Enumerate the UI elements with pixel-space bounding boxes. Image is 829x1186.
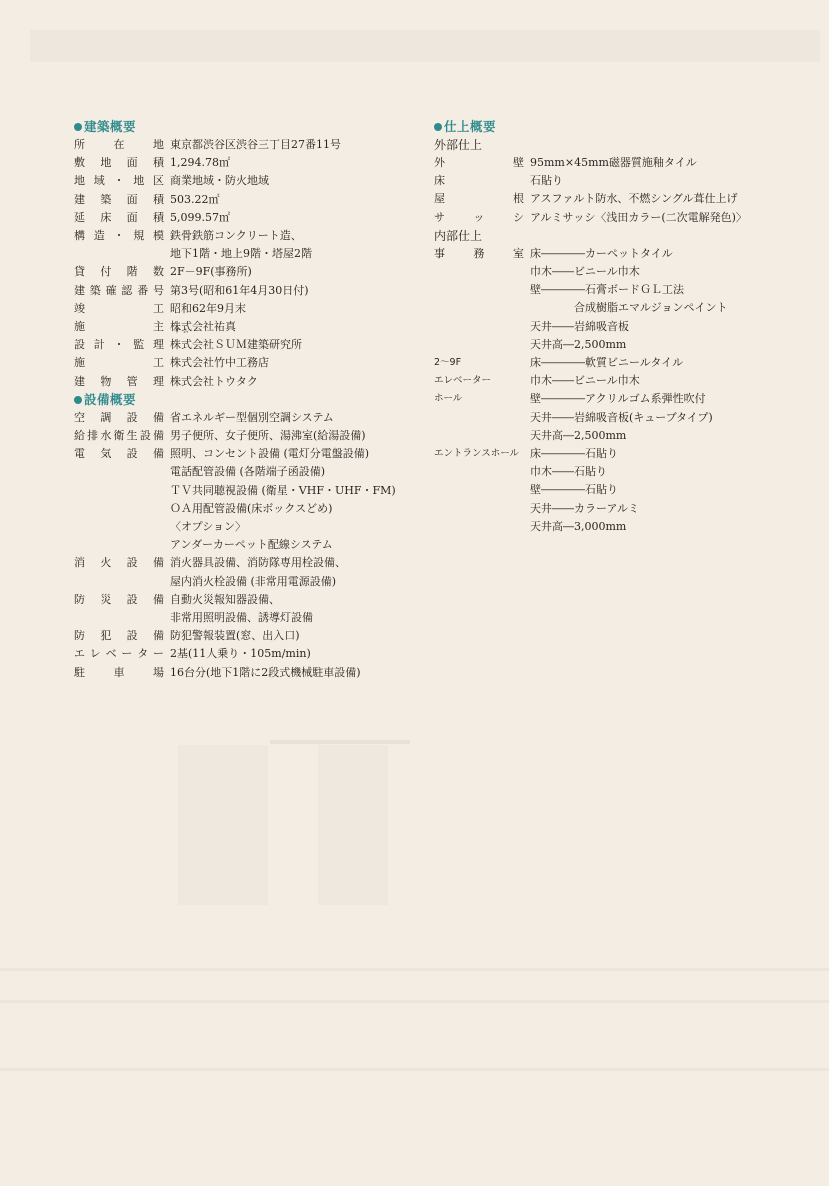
spec-row: ＯＡ用配管設備(床ボックスどめ) [74,500,414,518]
spec-row: 電気設備照明、コンセント設備 (電灯分電盤設備) [74,445,414,463]
spec-row: 所在地東京都渋谷区渋谷三丁目27番11号 [74,136,414,154]
finish-spec: 壁――――アクリルゴム系弾性吹付 [530,390,784,408]
spec-row: 給排水衛生設備男子便所、女子便所、湯沸室(給湯設備) [74,427,414,445]
finish-area-label: エレベーター [434,372,530,390]
spec-value: 〈オプション〉 [170,518,414,536]
spec-row: 駐車場16台分(地下1階に2段式機械駐車設備) [74,664,414,682]
finish-area-label-empty [434,336,530,354]
spec-label: 施工 [74,354,170,372]
spec-row: 外壁95mm×45mm磁器質施釉タイル [434,154,784,172]
spec-row: 建物管理株式会社トウタク [74,373,414,391]
spec-label: 消火設備 [74,554,170,572]
section-heading-equipment: 設備概要 [74,391,414,409]
spec-value: 地下1階・地上9階・塔屋2階 [170,245,414,263]
spec-value-text: 株式会社ＳＵＭ建築研究所 [170,338,302,351]
spec-value: 自動火災報知器設備、 [170,591,414,609]
spec-label: 所在地 [74,136,170,154]
ruby-annotation: サム [174,329,192,335]
finish-spec: 天井高―3,000mm [530,518,784,536]
spec-value: 非常用照明設備、誘導灯設備 [170,609,414,627]
ruby-container: サム株式会社ＳＵＭ建築研究所 [170,336,302,354]
spec-label-empty [74,573,170,591]
spec-value: 株式会社祐真 [170,318,414,336]
spec-value: 株式会社竹中工務店 [170,354,414,372]
finish-row: 天井高―3,000mm [434,518,784,536]
finish-spec: 天井高―2,500mm [530,427,784,445]
spec-row: 敷地面積1,294.78㎡ [74,154,414,172]
spec-row: 施主株式会社祐真 [74,318,414,336]
spec-row: エレベーター2基(11人乗り・105m/min) [74,645,414,663]
spec-label-empty [74,609,170,627]
finish-spec: 天井――岩綿吸音板(キューブタイプ) [530,409,784,427]
spec-label: 設計・監理 [74,336,170,354]
spec-value: 第3号(昭和61年4月30日付) [170,282,414,300]
finish-row: 2～9F床――――軟質ビニールタイル [434,354,784,372]
finish-area-label-empty [434,518,530,536]
bleed-through-line [0,968,829,971]
spec-value: 屋内消火栓設備 (非常用電源設備) [170,573,414,591]
finish-spec: 天井――カラーアルミ [530,500,784,518]
spec-row: 構造・規模鉄骨鉄筋コンクリート造、 [74,227,414,245]
spec-row: 防犯設備防犯警報装置(窓、出入口) [74,627,414,645]
finish-spec: 天井高―2,500mm [530,336,784,354]
spec-value: アルミサッシ〈浅田カラー(二次電解発色)〉 [530,209,784,227]
spec-row: 屋根アスファルト防水、不燃シングル葺仕上げ [434,190,784,208]
section-heading-building: 建築概要 [74,118,414,136]
spec-label: 空調設備 [74,409,170,427]
spec-row: 貸付階数2F－9F(事務所) [74,263,414,281]
spec-label: 床 [434,172,530,190]
spec-label-empty [74,482,170,500]
spec-row: 延床面積5,099.57㎡ [74,209,414,227]
spec-label: 施主 [74,318,170,336]
spec-value: アスファルト防水、不燃シングル葺仕上げ [530,190,784,208]
finish-row: 天井高―2,500mm [434,336,784,354]
finish-area-label-empty [434,481,530,499]
section-heading-text: 仕上概要 [444,119,496,134]
spec-row: 施工株式会社竹中工務店 [74,354,414,372]
spec-label: サッシ [434,209,530,227]
finish-row: 壁――――石貼り [434,481,784,499]
bleed-through-band [30,30,820,62]
finish-area-label: エントランスホール [434,445,530,463]
spec-row: 〈オプション〉 [74,518,414,536]
section-heading-text: 設備概要 [84,392,136,407]
spec-value: 95mm×45mm磁器質施釉タイル [530,154,784,172]
interior-finish-list: 事務室床――――カーペットタイル巾木――ビニール巾木壁――――石膏ボードＧＬ工法… [434,245,784,536]
finish-spec: 壁――――石膏ボードＧＬ工法 [530,281,784,299]
finish-spec: 合成樹脂エマルジョンペイント [530,299,784,317]
spec-label-empty [74,518,170,536]
spec-value: 昭和62年9月末 [170,300,414,318]
finish-row: 巾木――ビニール巾木 [434,263,784,281]
spec-label: 給排水衛生設備 [74,427,170,445]
spec-label: 建物管理 [74,373,170,391]
spec-value: 電話配管設備 (各階端子函設備) [170,463,414,481]
bullet-icon [74,396,82,404]
finish-area-label: 事務室 [434,245,530,263]
spec-value: 消火器具設備、消防隊専用栓設備、 [170,554,414,572]
spec-label: 屋根 [434,190,530,208]
spec-label: 地域・地区 [74,172,170,190]
spec-value: 男子便所、女子便所、湯沸室(給湯設備) [170,427,414,445]
finish-row: 天井――岩綿吸音板(キューブタイプ) [434,409,784,427]
spec-row: 電話配管設備 (各階端子函設備) [74,463,414,481]
spec-label: 竣工 [74,300,170,318]
spec-value: 2F－9F(事務所) [170,263,414,281]
finish-spec: 床――――石貼り [530,445,784,463]
spec-label: 駐車場 [74,664,170,682]
spec-value: 2基(11人乗り・105m/min) [170,645,414,663]
spec-row: アンダーカーペット配線システム [74,536,414,554]
spec-value: アンダーカーペット配線システム [170,536,414,554]
spec-value: 1,294.78㎡ [170,154,414,172]
spec-value: 石貼り [530,172,784,190]
bleed-through-line [0,1000,829,1003]
exterior-finish-list: 外壁95mm×45mm磁器質施釉タイル床石貼り屋根アスファルト防水、不燃シングル… [434,154,784,227]
finish-spec: 天井――岩綿吸音板 [530,318,784,336]
spec-row: 竣工昭和62年9月末 [74,300,414,318]
spec-value: 503.22㎡ [170,191,414,209]
finish-area-label-empty [434,299,530,317]
spec-label: 防犯設備 [74,627,170,645]
spec-row: 建築面積503.22㎡ [74,191,414,209]
section-heading-text: 建築概要 [84,119,136,134]
spec-label: 貸付階数 [74,263,170,281]
spec-row: 建築確認番号第3号(昭和61年4月30日付) [74,282,414,300]
finish-area-label-empty [434,409,530,427]
bleed-through-shape [318,745,388,905]
bullet-icon [74,123,82,131]
spec-label: エレベーター [74,645,170,663]
finish-row: 天井――カラーアルミ [434,500,784,518]
spec-value: サム株式会社ＳＵＭ建築研究所 [170,336,414,354]
spec-label: 外壁 [434,154,530,172]
spec-label-empty [74,463,170,481]
finish-row: 天井――岩綿吸音板 [434,318,784,336]
spec-value: 防犯警報装置(窓、出入口) [170,627,414,645]
finish-area-label-empty [434,463,530,481]
spec-value: 5,099.57㎡ [170,209,414,227]
subheading-exterior: 外部仕上 [434,136,784,154]
spec-row: 地域・地区商業地域・防火地域 [74,172,414,190]
finish-row: 巾木――石貼り [434,463,784,481]
spec-label: 電気設備 [74,445,170,463]
spec-row: 設計・監理サム株式会社ＳＵＭ建築研究所 [74,336,414,354]
spec-row: 地下1階・地上9階・塔屋2階 [74,245,414,263]
spec-value: ＴＶ共同聴視設備 (衛星・VHF・UHF・FM) [170,482,414,500]
spec-value: 商業地域・防火地域 [170,172,414,190]
spec-value: ＯＡ用配管設備(床ボックスどめ) [170,500,414,518]
spec-value: 16台分(地下1階に2段式機械駐車設備) [170,664,414,682]
spec-value: 鉄骨鉄筋コンクリート造、 [170,227,414,245]
finish-area-label-empty [434,281,530,299]
section-heading-finish: 仕上概要 [434,118,784,136]
finish-area-label-empty [434,263,530,281]
building-spec-list: 所在地東京都渋谷区渋谷三丁目27番11号敷地面積1,294.78㎡地域・地区商業… [74,136,414,391]
left-column: 建築概要 所在地東京都渋谷区渋谷三丁目27番11号敷地面積1,294.78㎡地域… [74,118,414,682]
finish-row: エントランスホール床――――石貼り [434,445,784,463]
finish-area-label-empty [434,318,530,336]
spec-label-empty [74,536,170,554]
finish-row: エレベーター巾木――ビニール巾木 [434,372,784,390]
spec-label-empty [74,500,170,518]
finish-row: 事務室床――――カーペットタイル [434,245,784,263]
bleed-through-shape [178,745,268,905]
spec-row: 消火設備消火器具設備、消防隊専用栓設備、 [74,554,414,572]
finish-row: 天井高―2,500mm [434,427,784,445]
bleed-through-shape [270,740,410,744]
spec-label: 延床面積 [74,209,170,227]
finish-row: 壁――――石膏ボードＧＬ工法 [434,281,784,299]
spec-label: 構造・規模 [74,227,170,245]
equipment-spec-list: 空調設備省エネルギー型個別空調システム給排水衛生設備男子便所、女子便所、湯沸室(… [74,409,414,682]
spec-value: 省エネルギー型個別空調システム [170,409,414,427]
spec-label: 敷地面積 [74,154,170,172]
spec-label-empty [74,245,170,263]
finish-area-label-empty [434,500,530,518]
finish-spec: 巾木――石貼り [530,463,784,481]
spec-value: 照明、コンセント設備 (電灯分電盤設備) [170,445,414,463]
finish-area-label-empty [434,427,530,445]
spec-value: 株式会社トウタク [170,373,414,391]
finish-spec: 床――――軟質ビニールタイル [530,354,784,372]
subheading-interior: 内部仕上 [434,227,784,245]
finish-spec: 壁――――石貼り [530,481,784,499]
bullet-icon [434,123,442,131]
spec-row: 非常用照明設備、誘導灯設備 [74,609,414,627]
spec-label: 防災設備 [74,591,170,609]
spec-label: 建築面積 [74,191,170,209]
finish-spec: 巾木――ビニール巾木 [530,372,784,390]
finish-area-label: 2～9F [434,354,530,372]
finish-row: ホール壁――――アクリルゴム系弾性吹付 [434,390,784,408]
finish-area-label: ホール [434,390,530,408]
bleed-through-line [0,1068,829,1071]
spec-row: サッシアルミサッシ〈浅田カラー(二次電解発色)〉 [434,209,784,227]
spec-label: 建築確認番号 [74,282,170,300]
finish-spec: 床――――カーペットタイル [530,245,784,263]
right-column: 仕上概要 外部仕上 外壁95mm×45mm磁器質施釉タイル床石貼り屋根アスファル… [434,118,784,536]
spec-value: 東京都渋谷区渋谷三丁目27番11号 [170,136,414,154]
finish-row: 合成樹脂エマルジョンペイント [434,299,784,317]
spec-row: ＴＶ共同聴視設備 (衛星・VHF・UHF・FM) [74,482,414,500]
finish-spec: 巾木――ビニール巾木 [530,263,784,281]
spec-row: 床石貼り [434,172,784,190]
spec-row: 防災設備自動火災報知器設備、 [74,591,414,609]
spec-row: 空調設備省エネルギー型個別空調システム [74,409,414,427]
spec-row: 屋内消火栓設備 (非常用電源設備) [74,573,414,591]
